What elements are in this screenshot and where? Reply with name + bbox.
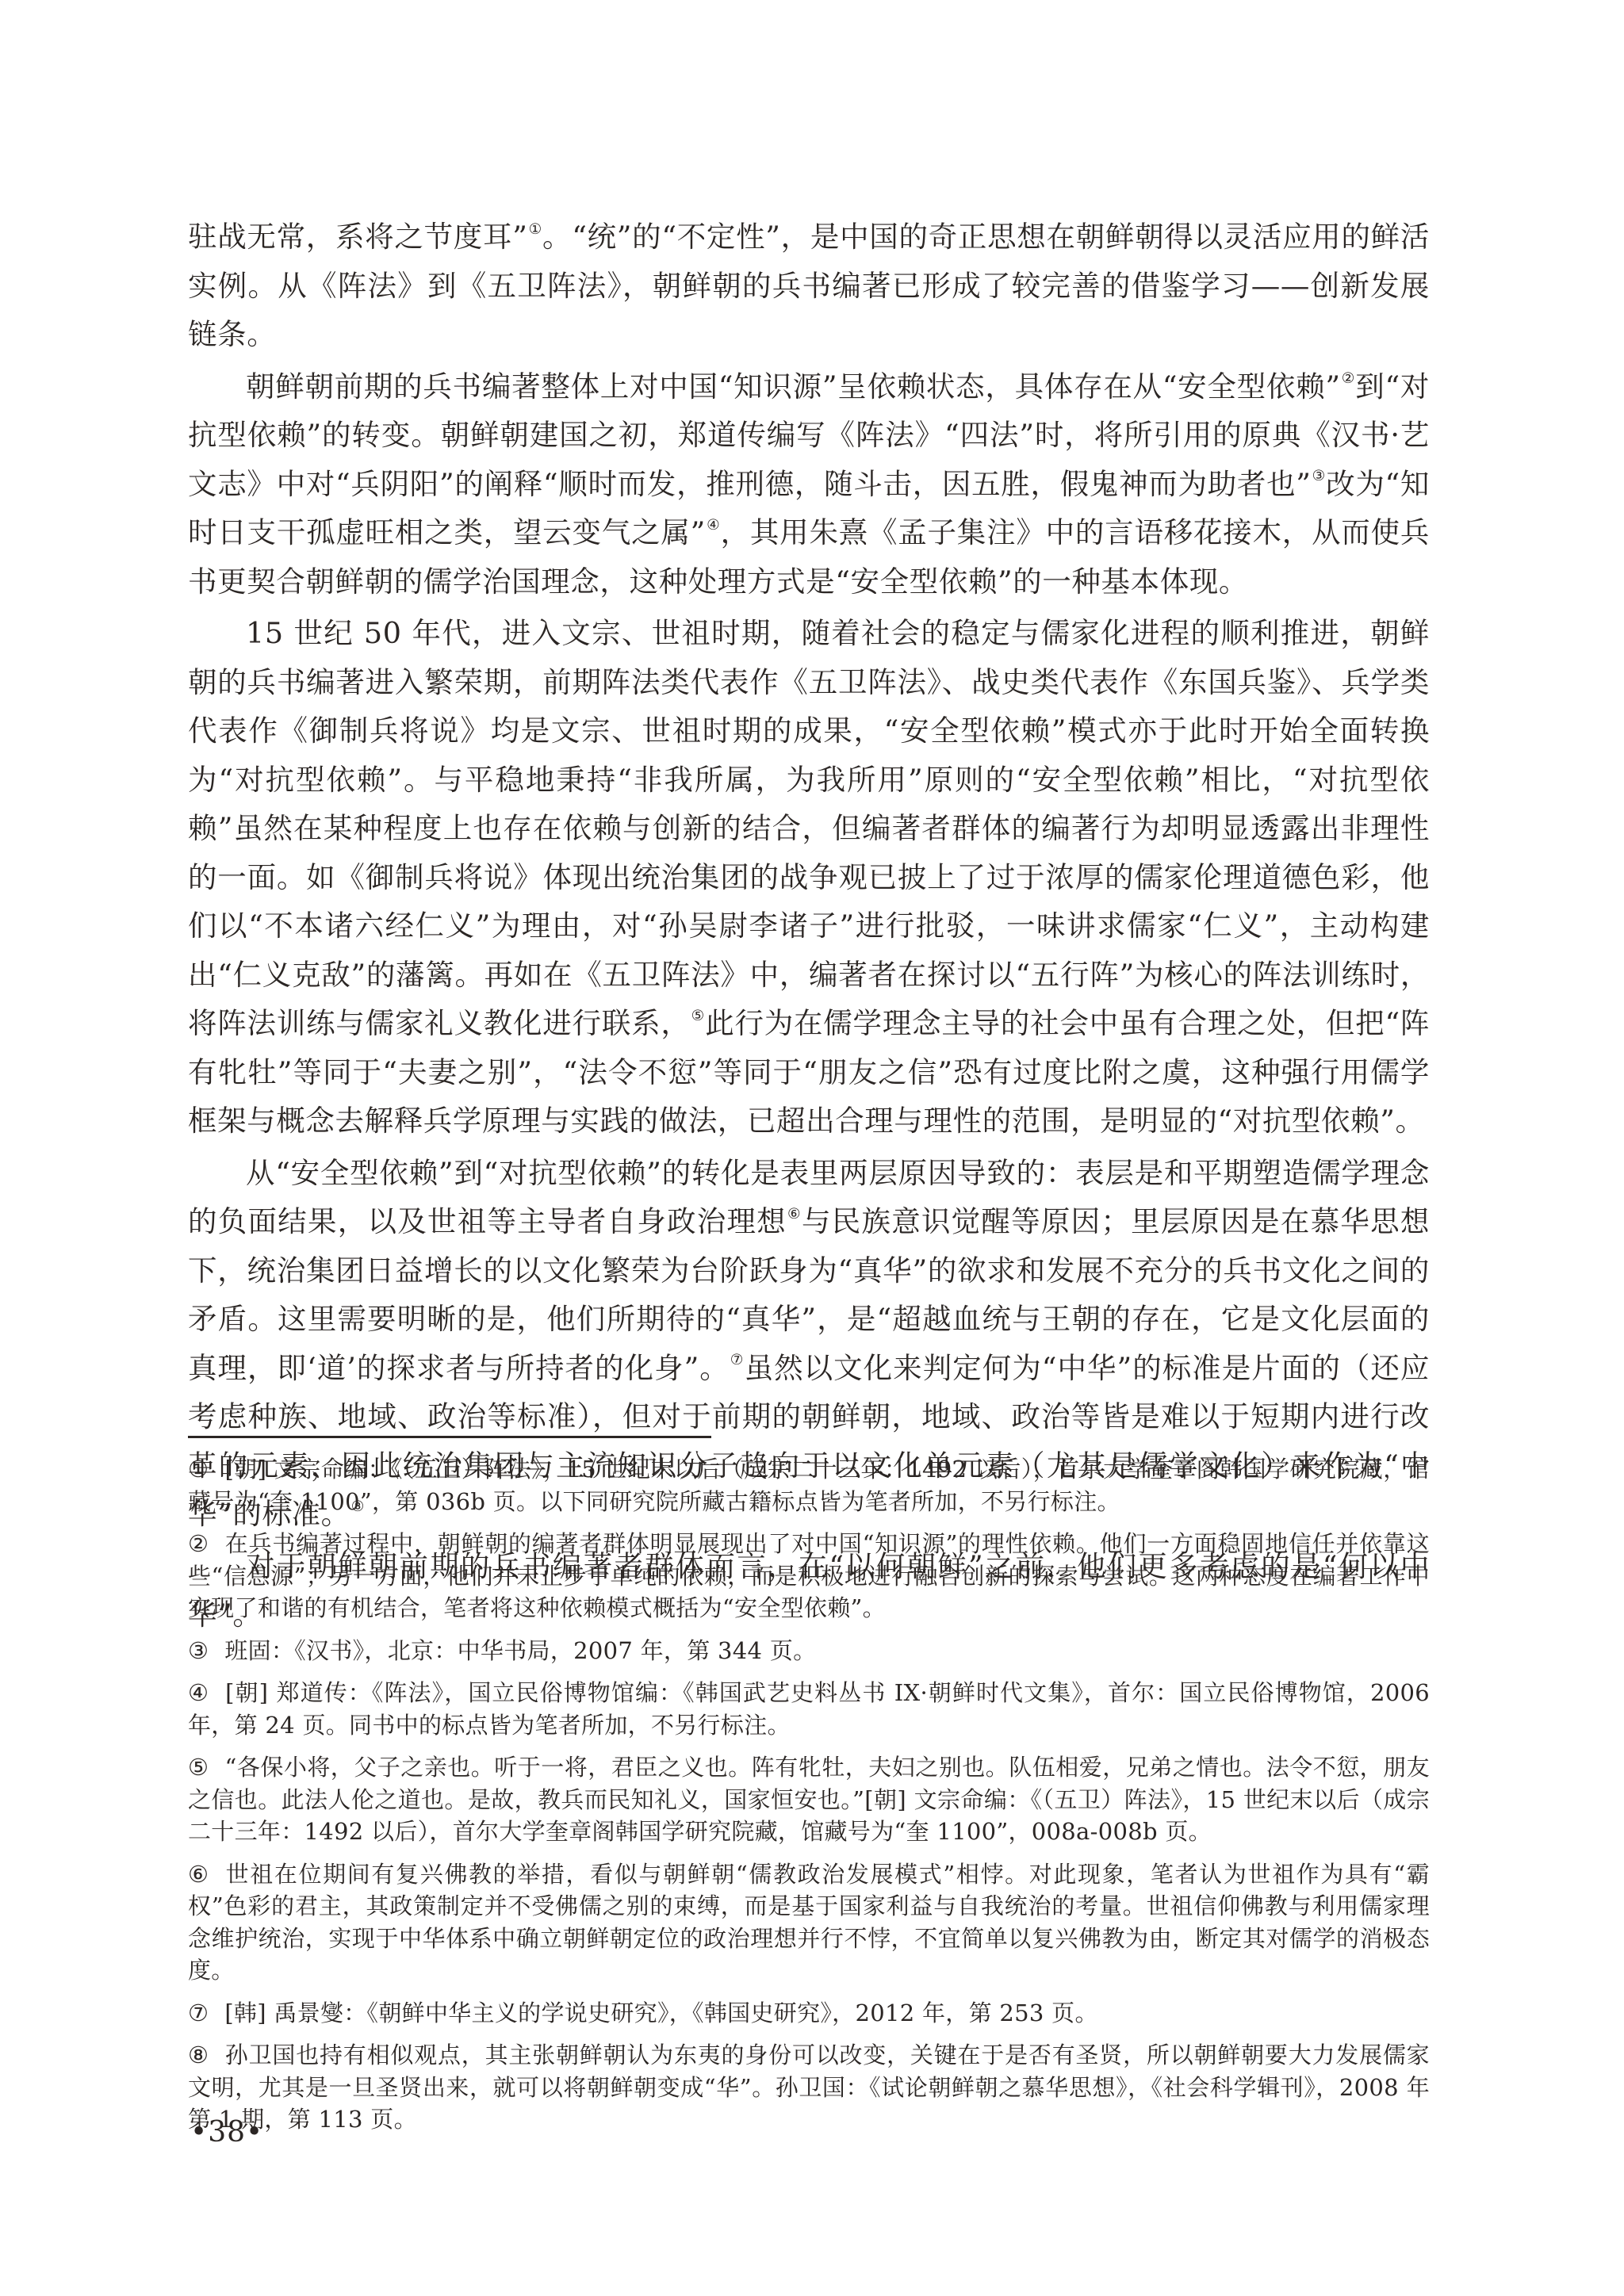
footnote-ref[interactable]: ⑥ — [787, 1206, 801, 1223]
footnote-text: 班固：《汉书》，北京：中华书局，2007 年，第 344 页。 — [224, 1637, 816, 1664]
footnote-item: ④[朝] 郑道传：《阵法》，国立民俗博物馆编：《韩国武艺史料丛书 IX·朝鲜时代… — [188, 1677, 1430, 1741]
footnote-item: ⑧孙卫国也持有相似观点，其主张朝鲜朝认为东夷的身份可以改变，关键在于是否有圣贤，… — [188, 2039, 1430, 2136]
footnote-item: ⑤“各保小将，父子之亲也。听于一将，君臣之义也。阵有牝牡，夫妇之别也。队伍相爱，… — [188, 1751, 1430, 1848]
footnote-ref[interactable]: ⑦ — [730, 1352, 744, 1368]
footnote-marker[interactable]: ② — [188, 1530, 209, 1557]
paragraph-text: 驻战无常，系将之节度耳” — [188, 220, 527, 254]
footnote-text: [韩] 禹景燮：《朝鲜中华主义的学说史研究》，《韩国史研究》，2012 年，第 … — [224, 1999, 1097, 2026]
paragraph: 15 世纪 50 年代，进入文宗、世祖时期，随着社会的稳定与儒家化进程的顺利推进… — [188, 609, 1430, 1146]
footnote-item: ③班固：《汉书》，北京：中华书局，2007 年，第 344 页。 — [188, 1635, 1430, 1667]
footnote-marker[interactable]: ④ — [188, 1679, 209, 1706]
footnote-item: ②在兵书编著过程中，朝鲜朝的编著者群体明显展现出了对中国“知识源”的理性依赖。他… — [188, 1528, 1430, 1624]
page-number: •38• — [190, 2117, 263, 2149]
paragraph: 朝鲜朝前期的兵书编著整体上对中国“知识源”呈依赖状态，具体存在从“安全型依赖”②… — [188, 362, 1430, 607]
footnote-text: [朝] 文宗命编：《（五卫）阵法》，15 世纪末以后（成宗二十三年：1492 以… — [188, 1456, 1430, 1515]
footnote-marker[interactable]: ⑥ — [188, 1861, 210, 1888]
footnote-ref[interactable]: ③ — [1312, 468, 1326, 484]
footnote-marker[interactable]: ⑧ — [188, 2042, 209, 2068]
footnote-marker[interactable]: ① — [188, 1456, 209, 1483]
footnote-ref[interactable]: ④ — [707, 517, 720, 534]
footnote-item: ⑥世祖在位期间有复兴佛教的举措，看似与朝鲜朝“儒教政治发展模式”相悖。对此现象，… — [188, 1858, 1430, 1987]
footnote-divider — [188, 1436, 711, 1438]
footnote-item: ①[朝] 文宗命编：《（五卫）阵法》，15 世纪末以后（成宗二十三年：1492 … — [188, 1453, 1430, 1517]
footnote-marker[interactable]: ⑤ — [188, 1754, 209, 1781]
footnote-text: “各保小将，父子之亲也。听于一将，君臣之义也。阵有牝牡，夫妇之别也。队伍相爱，兄… — [188, 1754, 1430, 1845]
paragraph-text: 15 世纪 50 年代，进入文宗、世祖时期，随着社会的稳定与儒家化进程的顺利推进… — [188, 616, 1430, 1040]
footnote-text: 在兵书编著过程中，朝鲜朝的编著者群体明显展现出了对中国“知识源”的理性依赖。他们… — [188, 1530, 1430, 1621]
footnote-text: 孙卫国也持有相似观点，其主张朝鲜朝认为东夷的身份可以改变，关键在于是否有圣贤，所… — [188, 2042, 1430, 2133]
paragraph-text: 朝鲜朝前期的兵书编著整体上对中国“知识源”呈依赖状态，具体存在从“安全型依赖” — [246, 369, 1341, 404]
footnote-text: [朝] 郑道传：《阵法》，国立民俗博物馆编：《韩国武艺史料丛书 IX·朝鲜时代文… — [188, 1679, 1430, 1739]
footnote-ref[interactable]: ⑤ — [691, 1008, 705, 1024]
footnote-marker[interactable]: ③ — [188, 1637, 209, 1664]
footnote-ref[interactable]: ② — [1342, 370, 1355, 387]
footnote-text: 世祖在位期间有复兴佛教的举措，看似与朝鲜朝“儒教政治发展模式”相悖。对此现象，笔… — [188, 1861, 1430, 1984]
footnote-ref[interactable]: ① — [528, 221, 542, 238]
body-text: 驻战无常，系将之节度耳”①。“统”的“不定性”，是中国的奇正思想在朝鲜朝得以灵活… — [188, 212, 1430, 1640]
footnotes: ①[朝] 文宗命编：《（五卫）阵法》，15 世纪末以后（成宗二十三年：1492 … — [188, 1453, 1430, 2146]
footnote-marker[interactable]: ⑦ — [188, 1999, 209, 2026]
footnote-item: ⑦[韩] 禹景燮：《朝鲜中华主义的学说史研究》，《韩国史研究》，2012 年，第… — [188, 1997, 1430, 2030]
paragraph: 驻战无常，系将之节度耳”①。“统”的“不定性”，是中国的奇正思想在朝鲜朝得以灵活… — [188, 212, 1430, 359]
